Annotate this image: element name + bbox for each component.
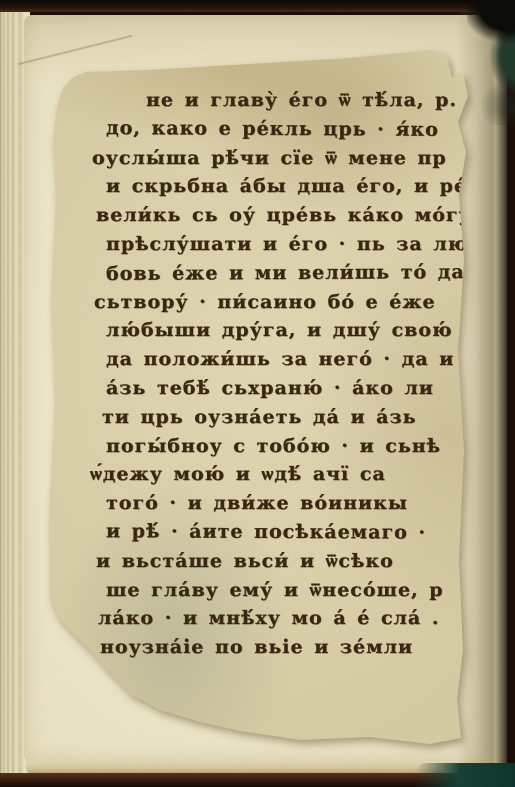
manuscript-line: и рѣ́ · а́ите посѣка́емаго · xyxy=(106,517,470,547)
manuscript-text: не и главу̀ е́го ѿ тѣ́ла, р. ла до, како… xyxy=(106,86,470,662)
manuscript-line: и вьста́ше вьси́ и ѿсѣко xyxy=(96,547,470,576)
manuscript-line: до, како е ре́кль црь · я́ко xyxy=(106,114,470,145)
photo-border-top xyxy=(0,0,515,12)
manuscript-line: а́зь тебѣ́ сьхраню́ · а́ко ли xyxy=(106,374,470,403)
manuscript-line: ти црь оузна́еть да́ и а́зь xyxy=(102,403,470,432)
manuscript-line: ноузна́іе по вьіе и зе́мли xyxy=(100,633,470,662)
manuscript-line: бовь е́же и ми вели́шь то́ да xyxy=(106,258,470,289)
manuscript-line: сьтвору́ · пи́саино бо́ е е́же xyxy=(94,288,470,317)
manuscript-line: того́ · и дви́же во́иникы xyxy=(106,489,470,518)
manuscript-line: погы́бноу с тобо́ю · и сьнѣ xyxy=(106,432,470,461)
manuscript-line: прѣслу́шати и е́го · пь за лю xyxy=(106,230,470,259)
manuscript-line: оуслы́ша рѣ́чи сїе ѿ мене пр xyxy=(92,144,470,173)
manuscript-leaf-shadow: не и главу̀ е́го ѿ тѣ́ла, р. ла до, како… xyxy=(0,0,515,787)
manuscript-line: да положи́шь за него́ · да и xyxy=(106,345,470,374)
manuscript-line: и скрьбна а́бы дша е́го, и ре́ . xyxy=(106,172,470,201)
manuscript-photo: не и главу̀ е́го ѿ тѣ́ла, р. ла до, како… xyxy=(0,0,515,787)
manuscript-line: ше гла́ву ему́ и ѿнесо́ше, р xyxy=(106,576,470,605)
book-cover-teal-corner xyxy=(415,763,515,787)
book-cover-corner xyxy=(467,0,515,125)
manuscript-line: вели́кь сь оу́ цре́вь ка́ко мо́гу xyxy=(96,201,470,230)
manuscript-leaf: не и главу̀ е́го ѿ тѣ́ла, р. ла до, како… xyxy=(44,44,474,752)
manuscript-line: ѡ́дежу мою́ и ѡдѣ́ ачї са xyxy=(90,460,470,489)
manuscript-line: не и главу̀ е́го ѿ тѣ́ла, р. ла xyxy=(146,86,470,115)
manuscript-line: лю́быши дру́га, и дшу́ свою́ xyxy=(106,316,470,345)
manuscript-line: ла́ко · и мнѣ́ху мо а́ е́ сла́ . xyxy=(98,604,470,633)
